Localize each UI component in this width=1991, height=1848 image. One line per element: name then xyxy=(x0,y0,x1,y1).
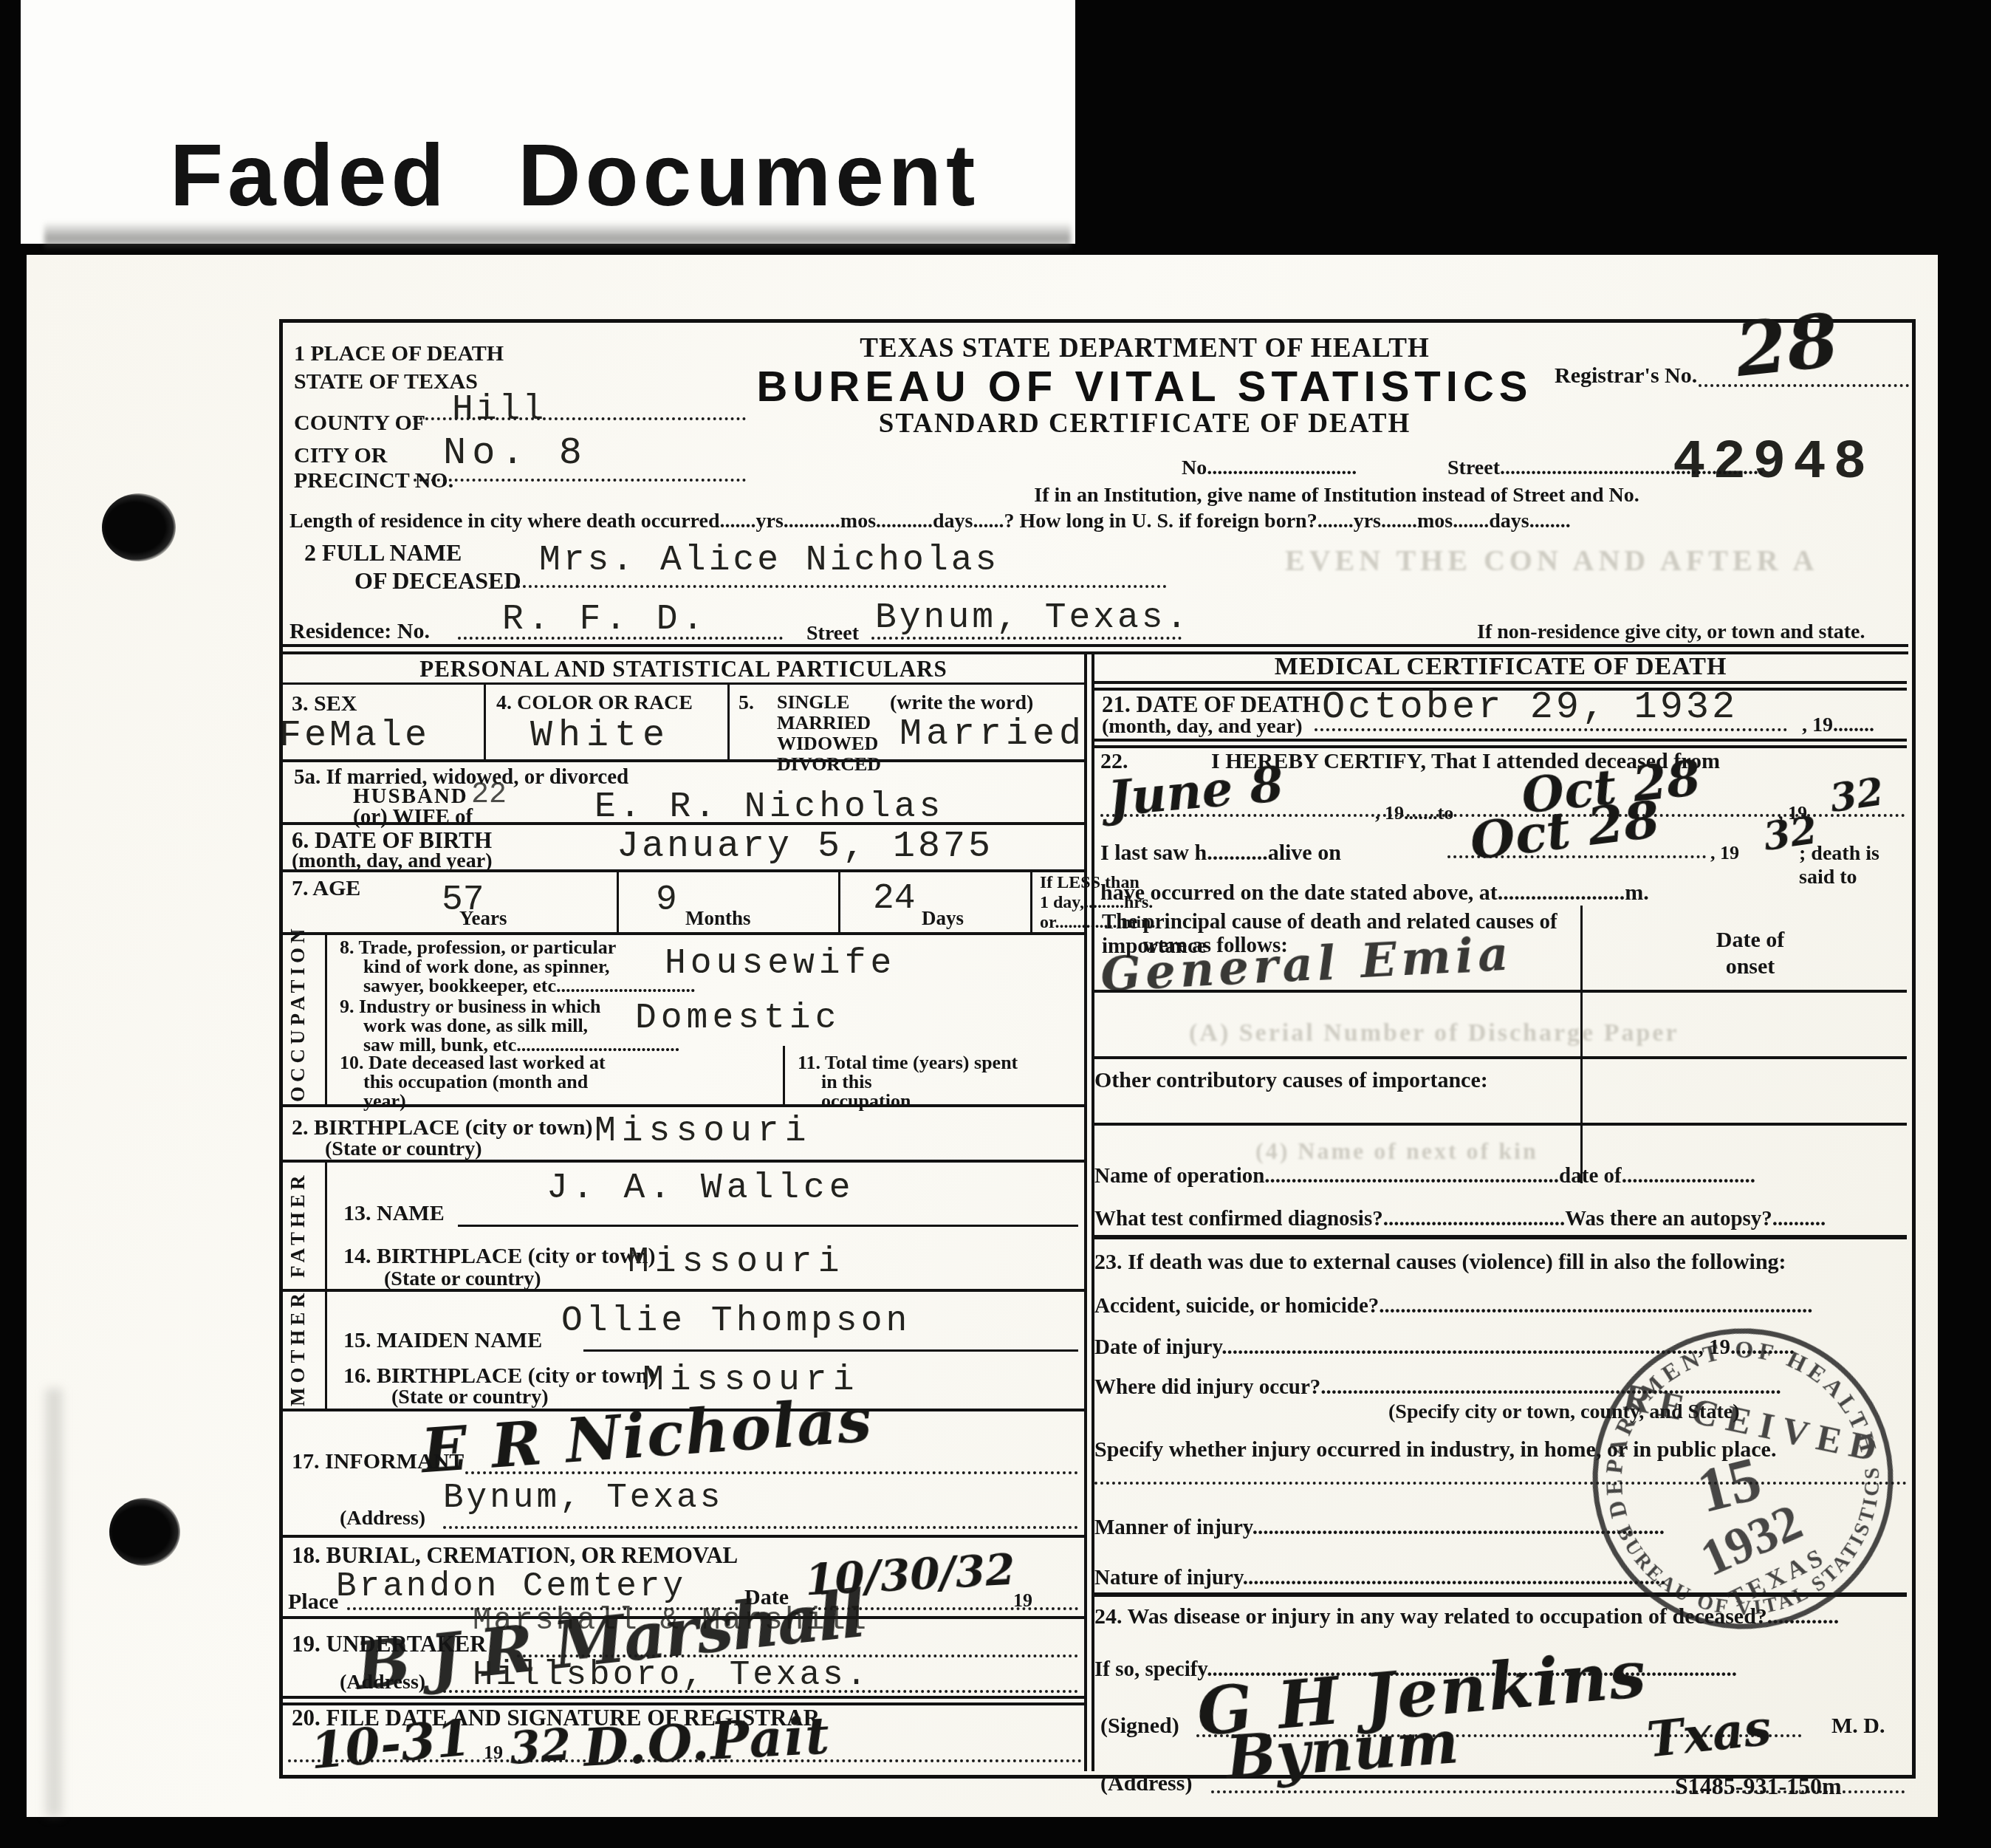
father-side-label: FATHER xyxy=(287,1163,322,1287)
age-days-value: 24 xyxy=(873,879,916,919)
rule-sex-top xyxy=(283,682,1084,685)
bureau-title: BUREAU OF VITAL STATISTICS xyxy=(679,362,1610,411)
banner-smudge xyxy=(44,222,1071,250)
residence-label: Residence: No. xyxy=(289,619,430,644)
marital-hint: (write the word) xyxy=(890,691,1033,715)
cert-title: STANDARD CERTIFICATE OF DEATH xyxy=(679,408,1610,439)
age-months-label: Months xyxy=(685,907,751,930)
mother-name-line xyxy=(583,1349,1078,1352)
cause-rule-3 xyxy=(1094,1123,1907,1126)
rule-mother-top xyxy=(283,1289,1084,1292)
street-label: Street..................................… xyxy=(1447,456,1764,480)
undertaker-address-label: (Address) xyxy=(340,1671,425,1694)
nature-line: Nature of injury........................… xyxy=(1094,1566,1666,1590)
city-label-1: CITY OR xyxy=(294,443,387,468)
mother-bp-sub: (State or country) xyxy=(391,1386,549,1409)
registrar-no-label: Registrar's No. xyxy=(1555,363,1697,389)
signed-label: (Signed) xyxy=(1100,1714,1179,1739)
residence-street-value: Bynum, Texas. xyxy=(875,598,1190,638)
dob-value: January 5, 1875 xyxy=(617,826,993,868)
scanned-death-certificate: Faded Document 1 PLACE OF DEATH STATE OF… xyxy=(0,0,1991,1848)
hole-punch-bottom xyxy=(109,1498,180,1566)
rule-age-top xyxy=(283,869,1084,872)
registrar-no-value: 28 xyxy=(1731,296,1843,394)
last-saw-year: , 19 xyxy=(1710,842,1739,864)
undertaker-address-value: Hillsboro, Texas. xyxy=(473,1656,869,1694)
mother-name-value: Ollie Thompson xyxy=(561,1301,911,1341)
residence-street-dotted xyxy=(871,637,1182,640)
occ8-value: Housewife xyxy=(665,944,896,984)
spouse-husband-overlay: 22 xyxy=(471,778,507,812)
accident-line: Accident, suicide, or homicide?.........… xyxy=(1094,1294,1813,1318)
last-saw-dotted xyxy=(1447,855,1706,858)
dept-title: TEXAS STATE DEPARTMENT OF HEALTH xyxy=(679,332,1610,364)
color-label: 4. COLOR OR RACE xyxy=(496,691,693,715)
burial-place-label: Place xyxy=(288,1589,338,1615)
state-of-texas-label: STATE OF TEXAS xyxy=(294,369,478,394)
external-causes-line: 23. If death was due to external causes … xyxy=(1094,1250,1786,1275)
full-name-label-2: OF DECEASED xyxy=(354,567,521,595)
age-divider-3 xyxy=(1030,869,1032,932)
divider-color-marital xyxy=(727,682,730,759)
residence-street-label: Street xyxy=(806,622,859,646)
father-strip-divider xyxy=(325,1160,327,1289)
color-value: White xyxy=(530,715,671,757)
rule-22-top xyxy=(1094,739,1907,748)
age-days-label: Days xyxy=(922,907,964,930)
bleedthrough-text-2: (A) Serial Number of Discharge Paper xyxy=(1189,1019,1679,1047)
rule-father-top xyxy=(283,1160,1084,1163)
father-name-label: 13. NAME xyxy=(343,1201,445,1226)
registrar-year-value: 32 xyxy=(508,1719,573,1775)
occupation-side-label: OCCUPATION xyxy=(287,935,322,1102)
undertaker-label: 19. UNDERTAKER xyxy=(292,1631,487,1657)
mother-bp-label: 16. BIRTHPLACE (city or town) xyxy=(343,1363,656,1389)
marital-option-married: MARRIED xyxy=(777,712,871,734)
sex-value: FeMale xyxy=(279,715,430,757)
father-bp-sub: (State or country) xyxy=(384,1267,541,1291)
registrar-dotted-line xyxy=(1699,384,1909,387)
informant-dotted xyxy=(465,1471,1078,1474)
precinct-value: No. 8 xyxy=(443,431,588,475)
scan-smudge-left xyxy=(46,1389,62,1817)
onset-label-1: Date of xyxy=(1595,928,1905,953)
father-bp-label: 14. BIRTHPLACE (city or town) xyxy=(343,1244,656,1269)
dod-year-suffix: , 19........ xyxy=(1802,713,1874,737)
spouse-wife-label: (or) WIFE of xyxy=(353,805,473,829)
dod-label: 21. DATE OF DEATH xyxy=(1102,691,1320,718)
physician-address-label: (Address) xyxy=(1100,1771,1192,1796)
residence-no-value: R. F. D. xyxy=(502,600,707,640)
age-label: 7. AGE xyxy=(292,876,360,901)
birthplace-label: 2. BIRTHPLACE (city or town) xyxy=(292,1115,593,1140)
form-number: S1485-931-150m xyxy=(1675,1773,1842,1800)
personal-section-title: PERSONAL AND STATISTICAL PARTICULARS xyxy=(283,656,1084,682)
faded-document-title: Faded Document xyxy=(170,126,979,226)
occurred-line: have occurred on the date stated above, … xyxy=(1100,880,1649,906)
dod-value: October 29, 1932 xyxy=(1322,685,1738,729)
occ10-label-3: year)...................................… xyxy=(363,1090,593,1112)
occ10-11-divider xyxy=(783,1046,785,1104)
birthplace-sub: (State or country) xyxy=(325,1137,482,1161)
bleedthrough-text-3: (4) Name of next of kin xyxy=(1255,1137,1538,1165)
column-divider-a xyxy=(1084,651,1087,1771)
marital-option-divorced: DIVORCED xyxy=(777,753,881,776)
marital-value: Married xyxy=(899,713,1086,756)
last-saw-post: ; death is said to xyxy=(1799,842,1917,889)
marital-number: 5. xyxy=(739,691,754,715)
hole-punch-top xyxy=(102,493,176,561)
registrar-signature: D.O.Pait xyxy=(582,1704,832,1778)
marital-option-widowed: WIDOWED xyxy=(777,733,878,755)
dod-dotted xyxy=(1315,728,1787,731)
county-value: Hill xyxy=(452,390,546,430)
father-name-line xyxy=(458,1225,1078,1227)
age-years-label: Years xyxy=(459,907,507,930)
mother-strip-divider xyxy=(325,1289,327,1409)
institution-note: If in an Institution, give name of Insti… xyxy=(805,484,1868,507)
county-label: COUNTY OF xyxy=(294,411,425,436)
full-name-value: Mrs. Alice Nicholas xyxy=(539,541,999,581)
burial-label: 18. BURIAL, CREMATION, OR REMOVAL xyxy=(292,1542,738,1569)
rule-5a-top xyxy=(283,759,1084,762)
onset-label-2: onset xyxy=(1595,954,1905,979)
sex-label: 3. SEX xyxy=(292,691,357,716)
full-name-dotted-line xyxy=(517,585,1167,588)
manner-line: Manner of injury........................… xyxy=(1094,1516,1665,1540)
marital-option-single: SINGLE xyxy=(777,691,849,713)
rule-birthplace-top xyxy=(283,1104,1084,1107)
street-no-label: No............................. xyxy=(1182,456,1357,480)
mother-side-label: MOTHER xyxy=(287,1292,322,1406)
occupation-strip-divider xyxy=(325,932,327,1104)
md-label: M. D. xyxy=(1831,1714,1885,1739)
father-name-value: J. A. Wallce xyxy=(546,1168,855,1208)
residence-no-dotted xyxy=(458,637,783,640)
mother-name-label: 15. MAIDEN NAME xyxy=(343,1328,542,1353)
medical-section-title: MEDICAL CERTIFICATE OF DEATH xyxy=(1094,653,1907,681)
attended-year1: , 19.......to xyxy=(1375,802,1453,824)
precinct-dotted-line xyxy=(414,479,746,482)
birthplace-value: Missouri xyxy=(594,1112,812,1151)
age-divider-1 xyxy=(617,869,619,932)
non-residence-note: If non-residence give city, or town and … xyxy=(1477,620,1865,644)
cause-rule-2 xyxy=(1094,1056,1907,1059)
father-bp-value: Missouri xyxy=(628,1242,845,1282)
informant-address-value: Bynum, Texas xyxy=(443,1479,723,1517)
residence-length-line: Length of residence in city where death … xyxy=(289,510,1571,533)
rule-dob-top xyxy=(283,822,1084,825)
rule-occupation-top xyxy=(283,932,1084,935)
place-of-death-label: 1 PLACE OF DEATH xyxy=(294,341,504,366)
occ11-label-3: occupation..............................… xyxy=(821,1090,1060,1112)
age-divider-2 xyxy=(838,869,840,932)
last-saw-pre: I last saw h...........alive on xyxy=(1100,841,1341,866)
spouse-value: E. R. Nicholas xyxy=(594,787,944,827)
test-line: What test confirmed diagnosis?..........… xyxy=(1094,1207,1826,1231)
occ9-value: Domestic xyxy=(635,999,840,1038)
rule-23-top xyxy=(1094,1235,1907,1239)
registrar-dotted-bottom xyxy=(288,1759,1082,1762)
age-months-value: 9 xyxy=(656,880,677,920)
cause-rule-1 xyxy=(1094,990,1907,993)
divider-sex-color xyxy=(484,682,486,759)
informant-address-label: (Address) xyxy=(340,1507,425,1530)
bleedthrough-text-1: EVEN THE CON AND AFTER A xyxy=(1285,543,1818,578)
operation-line: Name of operation.......................… xyxy=(1094,1164,1755,1188)
contributory-label: Other contributory causes of importance: xyxy=(1094,1068,1488,1093)
informant-address-dotted xyxy=(443,1526,1078,1529)
rule-burial-top xyxy=(283,1535,1084,1538)
occ8-label-3: sawyer, bookkeeper, etc.................… xyxy=(363,975,695,997)
dod-sub: (month, day, and year) xyxy=(1102,715,1302,739)
full-name-label-1: 2 FULL NAME xyxy=(304,539,462,567)
undertaker-address-dotted xyxy=(443,1690,1078,1693)
informant-label: 17. INFORMANT xyxy=(292,1449,464,1474)
